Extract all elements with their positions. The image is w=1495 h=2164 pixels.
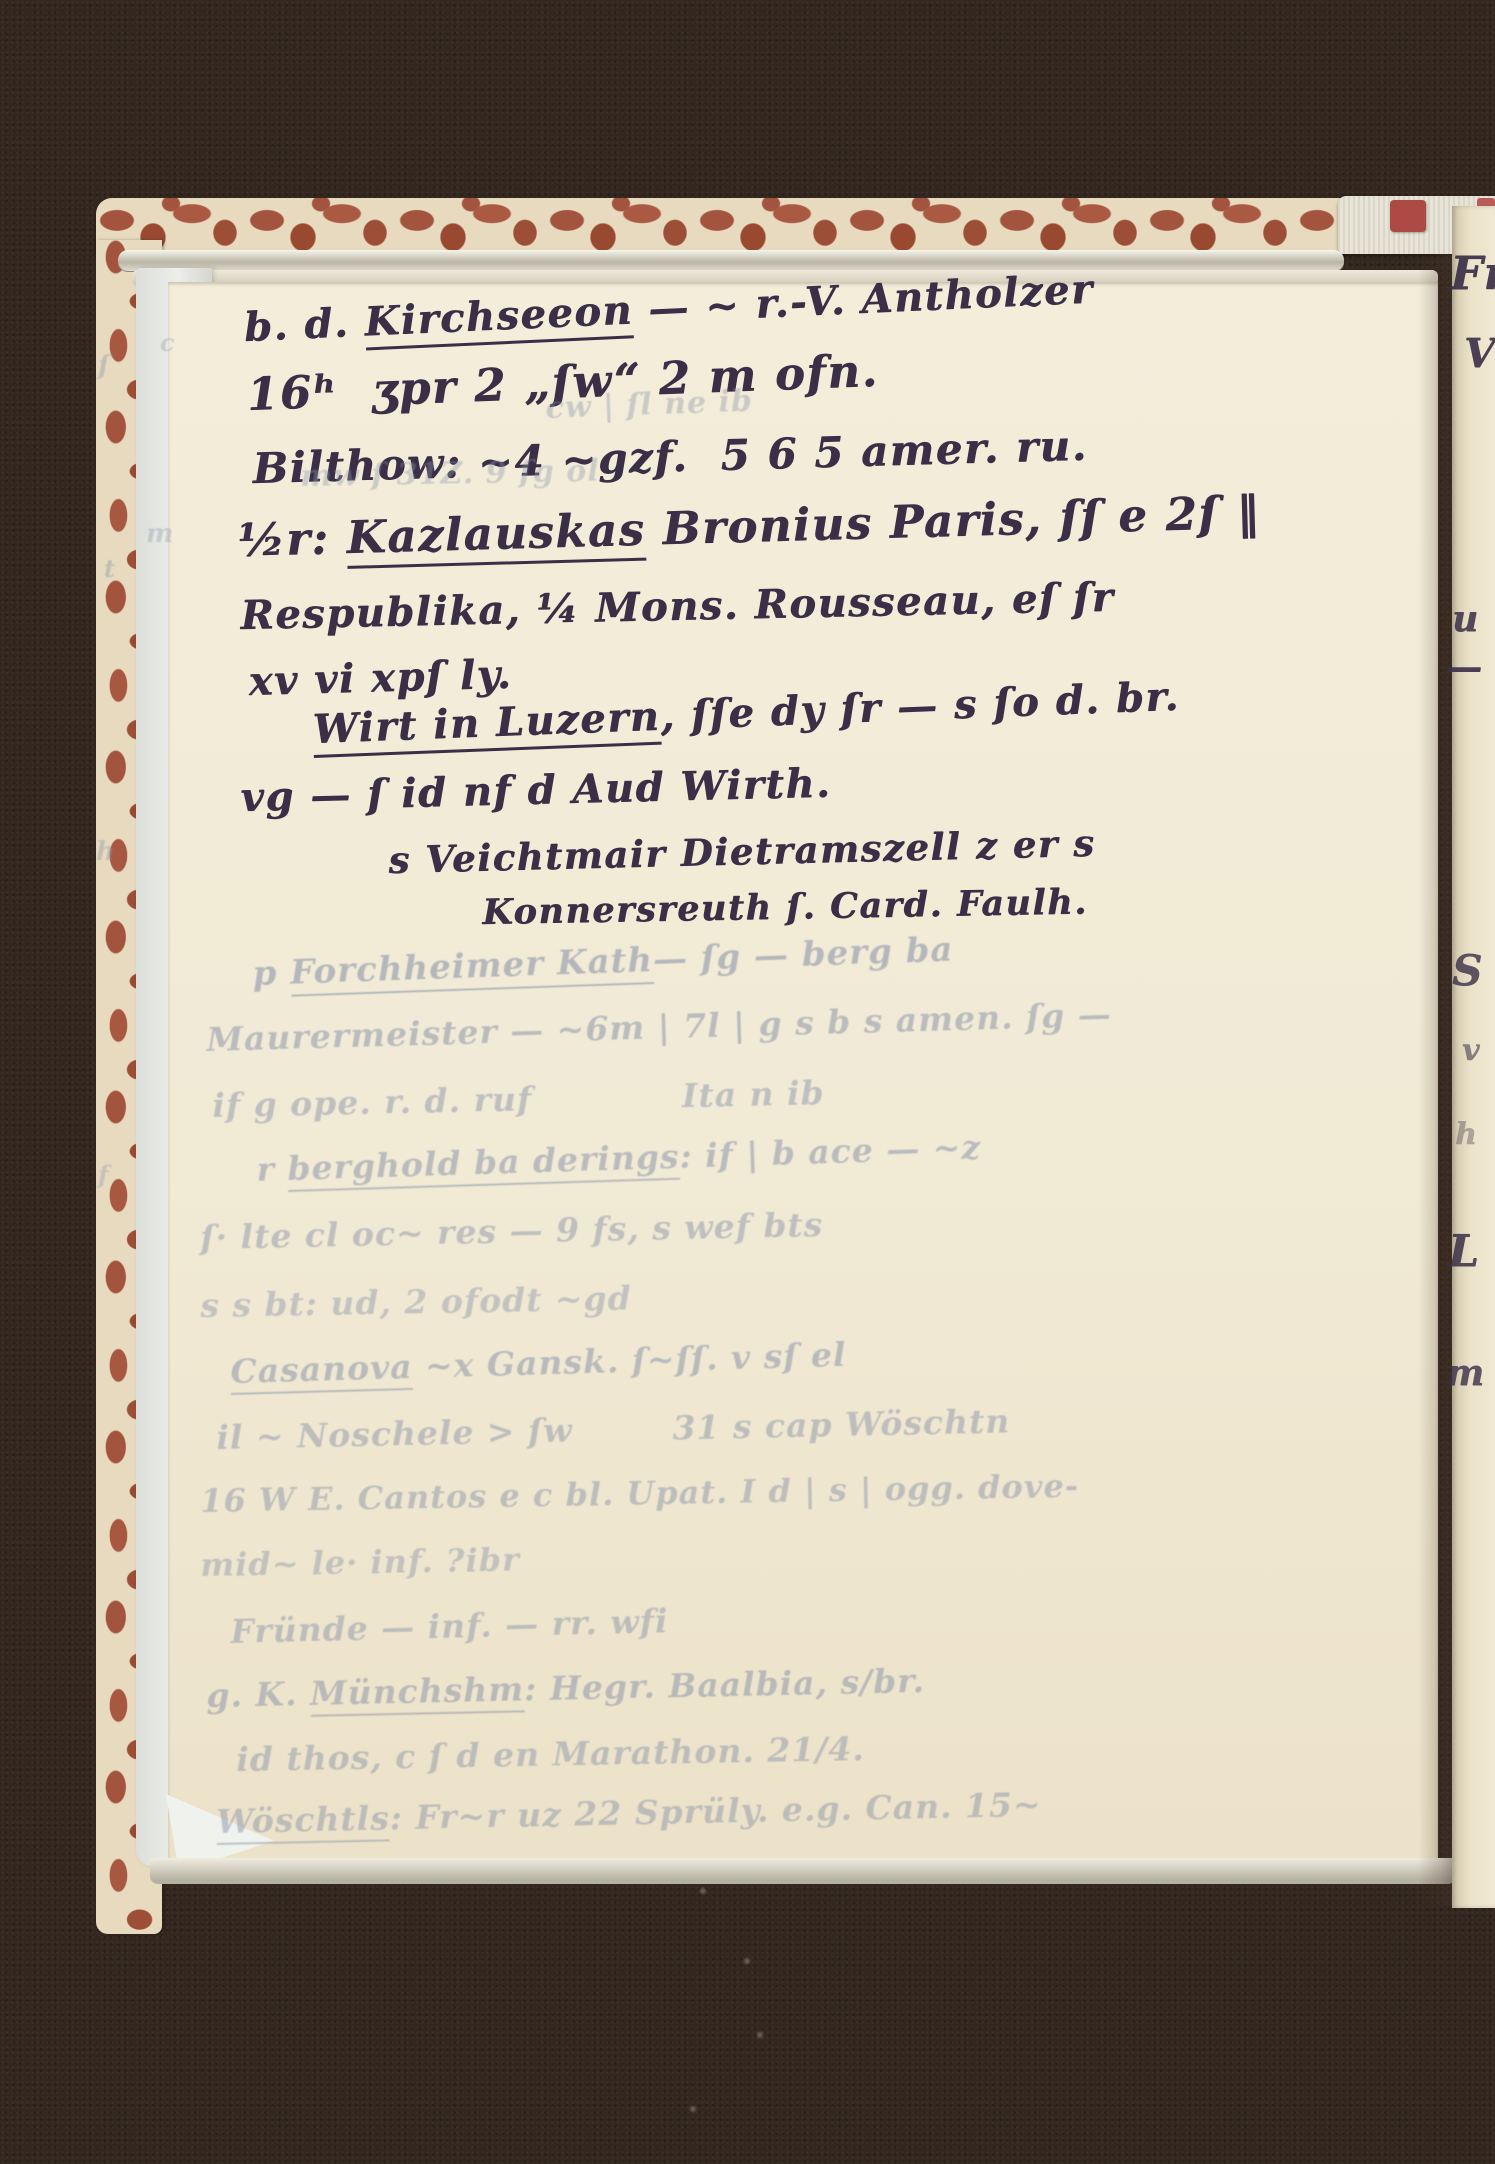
margin-fragment: m	[146, 520, 175, 549]
facing-page-fragment: Fr	[1450, 248, 1495, 299]
bleedthrough-line: 16 W E. Cantos e c bl. Upat. I d | s | o…	[200, 1469, 1079, 1520]
bleedthrough-line: cw | ſl ne ib	[545, 385, 753, 425]
handwriting-fragment: Fr	[1450, 246, 1495, 300]
handwriting-fragment: —	[1446, 646, 1484, 688]
handwriting-layer: b. d. Kirchseeon — ~ r.-V. Antholzer16ʰ …	[0, 0, 1495, 2164]
handwriting-line: Respublika, ¼ Mons. Rousseau, eſ ſr	[240, 576, 1115, 638]
handwriting-line: s Veichtmair Dietramszell z er s	[388, 823, 1096, 881]
handwriting-segment: — ~ r.-V. Antholzer	[632, 265, 1095, 333]
handwriting-segment: s s bt: ud, 2 ofodt ~gd	[200, 1278, 632, 1325]
handwriting-segment: : Hegr. Baalbia, s/br.	[524, 1661, 926, 1708]
handwriting-segment: mw ſ 31Z. 9 ſg ol	[300, 454, 600, 494]
handwriting-segment: Konnersreuth ſ. Card. Faulh.	[482, 881, 1088, 933]
bleedthrough-line: r berghold ba derings: if | b ace — ~z	[256, 1129, 982, 1188]
handwriting-segment: 16 W E. Cantos e c bl. Upat. I d | s | o…	[200, 1467, 1079, 1520]
handwriting-segment: berghold ba derings	[287, 1137, 680, 1192]
margin-fragment: f	[98, 1162, 109, 1188]
bleedthrough-line: Wöschtls: Fr~r uz 22 Sprüly. e.g. Can. 1…	[216, 1787, 1042, 1841]
handwriting-segment: ~x Gansk. ſ~ſſ. v sſ el	[412, 1335, 847, 1386]
handwriting-segment: p	[252, 953, 291, 994]
margin-fragment: t	[104, 556, 116, 582]
handwriting-line: xv vi xpſ ly.	[248, 653, 513, 704]
bleedthrough-line: ſ· lte cl oc~ res — 9 fs, s wef bts	[200, 1207, 824, 1256]
handwriting-segment: ½r:	[237, 511, 347, 567]
bleedthrough-line: p Forchheimer Kath— ſg — berg ba	[252, 932, 954, 994]
handwriting-fragment: u	[1452, 598, 1480, 640]
handwriting-fragment: L	[1448, 1226, 1480, 1277]
handwriting-segment: b. d.	[243, 299, 366, 351]
facing-page-fragment: m	[1446, 1354, 1486, 1394]
bleedthrough-line: g. K. Münchshm: Hegr. Baalbia, s/br.	[206, 1663, 925, 1714]
facing-page-fragment: —	[1446, 648, 1484, 688]
handwriting-line: b. d. Kirchseeon — ~ r.-V. Antholzer	[243, 267, 1094, 350]
handwriting-segment: if g ope. r. d. ruf Ita n ib	[212, 1073, 825, 1125]
handwriting-segment: vg — ſ id nf d Aud Wirth.	[240, 760, 832, 821]
margin-fragment: ſ	[98, 352, 110, 381]
facing-page-fragment: S	[1452, 948, 1484, 994]
handwriting-fragment: t	[104, 554, 116, 583]
handwriting-segment: : if | b ace — ~z	[679, 1127, 982, 1175]
handwriting-segment: Kirchseeon	[363, 286, 634, 350]
handwriting-fragment: f	[98, 1160, 109, 1189]
handwriting-segment: Kazlauskas	[346, 503, 646, 569]
facing-page-fragment: V	[1464, 332, 1495, 376]
handwriting-segment: Bronius Paris, ſſ e 2ſ ‖	[645, 485, 1261, 555]
handwriting-segment: xv vi xpſ ly.	[248, 651, 513, 705]
handwriting-segment: mid~ le· inf. ?ibr	[200, 1540, 520, 1584]
bleedthrough-line: Maurermeister — ~6m | 7l | g s b s amen.…	[206, 997, 1112, 1059]
handwriting-segment: Münchshm	[310, 1669, 525, 1716]
handwriting-fragment: h	[1455, 1117, 1478, 1152]
bleedthrough-line: mid~ le· inf. ?ibr	[200, 1542, 520, 1583]
handwriting-segment: r	[256, 1149, 288, 1189]
handwriting-segment: s Veichtmair Dietramszell z er s	[388, 821, 1096, 882]
handwriting-fragment: h	[96, 837, 116, 867]
handwriting-segment: Respublika, ¼ Mons. Rousseau, eſ ſr	[240, 574, 1115, 639]
bleedthrough-line: if g ope. r. d. ruf Ita n ib	[212, 1075, 825, 1124]
handwriting-fragment: V	[1464, 330, 1495, 377]
facing-page-fragment: L	[1448, 1228, 1480, 1276]
handwriting-segment: Wirt in Luzern	[312, 693, 661, 758]
margin-fragment: h	[96, 838, 116, 867]
handwriting-segment: : Fr~r uz 22 Sprüly. e.g. Can. 15~	[389, 1785, 1042, 1838]
handwriting-fragment: m	[146, 519, 175, 549]
handwriting-segment: , ſſe dy ſr — s ſo d. br.	[659, 673, 1180, 740]
bleedthrough-line: s s bt: ud, 2 ofodt ~gd	[200, 1280, 632, 1324]
bleedthrough-line: il ~ Noschele > ſw 31 s cap Wöschtn	[216, 1403, 1011, 1456]
handwriting-fragment: ſ	[98, 351, 110, 381]
handwriting-line: vg — ſ id nf d Aud Wirth.	[240, 762, 832, 820]
photo-background: b. d. Kirchseeon — ~ r.-V. Antholzer16ʰ …	[0, 0, 1495, 2164]
margin-fragment: c	[160, 330, 176, 356]
bleedthrough-line: id thos, c ſ d en Marathon. 21/4.	[236, 1731, 865, 1778]
handwriting-segment: Casanova	[230, 1347, 413, 1395]
facing-page-fragment: v	[1462, 1034, 1481, 1067]
bleedthrough-line: mw ſ 31Z. 9 ſg ol	[300, 455, 600, 493]
handwriting-line: ½r: Kazlauskas Bronius Paris, ſſ e 2ſ ‖	[237, 487, 1261, 565]
handwriting-segment: Wöschtls	[216, 1798, 390, 1845]
handwriting-fragment: S	[1452, 946, 1484, 995]
handwriting-segment: cw | ſl ne ib	[545, 384, 753, 426]
handwriting-segment: Maurermeister — ~6m | 7l | g s b s amen.…	[206, 995, 1112, 1059]
handwriting-segment: g. K.	[206, 1674, 311, 1715]
handwriting-fragment: v	[1462, 1033, 1481, 1068]
handwriting-segment: ſ· lte cl oc~ res — 9 fs, s wef bts	[200, 1205, 824, 1257]
handwriting-fragment: c	[160, 328, 176, 357]
bleedthrough-line: Fründe — inf. — rr. wfi	[230, 1603, 669, 1650]
handwriting-segment: id thos, c ſ d en Marathon. 21/4.	[236, 1729, 865, 1779]
bleedthrough-line: Casanova ~x Gansk. ſ~ſſ. v sſ el	[230, 1337, 847, 1390]
handwriting-fragment: m	[1446, 1352, 1486, 1394]
handwriting-segment: Forchheimer Kath	[290, 940, 654, 997]
handwriting-line: Konnersreuth ſ. Card. Faulh.	[482, 883, 1088, 932]
facing-page-fragment: h	[1455, 1118, 1478, 1151]
handwriting-segment: — ſg — berg ba	[652, 930, 954, 980]
handwriting-segment: il ~ Noschele > ſw 31 s cap Wöschtn	[216, 1401, 1011, 1457]
facing-page-fragment: u	[1452, 600, 1480, 640]
handwriting-segment: Fründe — inf. — rr. wfi	[230, 1601, 669, 1651]
